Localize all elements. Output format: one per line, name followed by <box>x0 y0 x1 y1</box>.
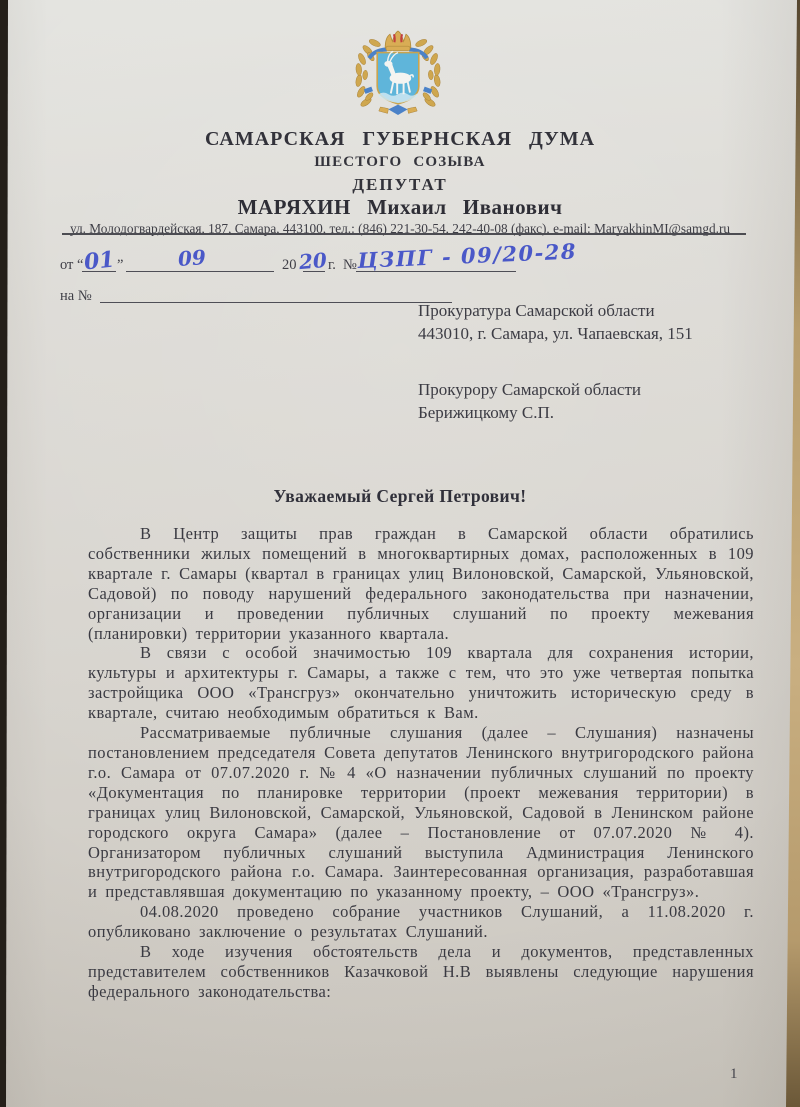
letterhead-divider <box>62 233 746 235</box>
paragraph: В связи с особой значимостью 109 квартал… <box>88 643 754 723</box>
letter-page: САМАРСКАЯ ГУБЕРНСКАЯ ДУМА ШЕСТОГО СОЗЫВА… <box>0 0 800 1107</box>
crown <box>385 31 411 51</box>
handwritten-month: 09 <box>177 245 206 271</box>
organization-name: САМАРСКАЯ ГУБЕРНСКАЯ ДУМА <box>0 128 800 151</box>
handwritten-year: 20 <box>298 248 328 274</box>
convocation-line: ШЕСТОГО СОЗЫВА <box>0 154 800 171</box>
page-number: 1 <box>730 1066 738 1083</box>
paragraph: Рассматриваемые публичные слушания (дале… <box>88 723 754 902</box>
deputy-name: МАРЯХИН Михаил Иванович <box>0 195 800 220</box>
paragraph: В ходе изучения обстоятельств дела и док… <box>88 942 754 1002</box>
addressee-person: Берижицкому С.П. <box>418 402 758 425</box>
photo-background: САМАРСКАЯ ГУБЕРНСКАЯ ДУМА ШЕСТОГО СОЗЫВА… <box>0 0 800 1107</box>
reply-label: на № <box>60 288 92 305</box>
reference-line: от “ 01 ” 09 20 20 г. № ЦЗПГ - 09/20-28 <box>60 244 480 278</box>
month-field: 09 <box>126 248 274 272</box>
from-label: от “ <box>60 257 83 274</box>
reply-reference-line: на № <box>60 283 480 307</box>
close-quote-label: ” <box>117 257 123 274</box>
number-field: ЦЗПГ - 09/20-28 <box>356 248 516 272</box>
deputy-role: ДЕПУТАТ <box>0 175 800 195</box>
paragraph: 04.08.2020 проведено собрание участников… <box>88 902 754 942</box>
addressee-title: Прокурору Самарской области <box>418 379 758 402</box>
day-field: 01 <box>82 248 116 272</box>
year-prefix-label: 20 <box>282 257 297 274</box>
handwritten-number: ЦЗПГ - 09/20-28 <box>357 238 578 273</box>
spacer <box>418 345 758 379</box>
paragraph: В Центр защиты прав граждан в Самарской … <box>88 524 754 643</box>
year-suffix-label: г. <box>328 257 336 274</box>
salutation: Уважаемый Сергей Петрович! <box>0 486 800 507</box>
coat-of-arms-icon <box>350 30 446 120</box>
addressee-block: Прокуратура Самарской области 443010, г.… <box>418 300 758 424</box>
reply-number-field <box>100 285 452 303</box>
handwritten-day: 01 <box>83 246 116 275</box>
number-label: № <box>343 257 357 274</box>
letter-body: В Центр защиты прав граждан в Самарской … <box>88 524 754 1002</box>
addressee-organization: Прокуратура Самарской области <box>418 300 758 323</box>
year-field: 20 <box>303 248 325 272</box>
addressee-address: 443010, г. Самара, ул. Чапаевская, 151 <box>418 323 758 346</box>
